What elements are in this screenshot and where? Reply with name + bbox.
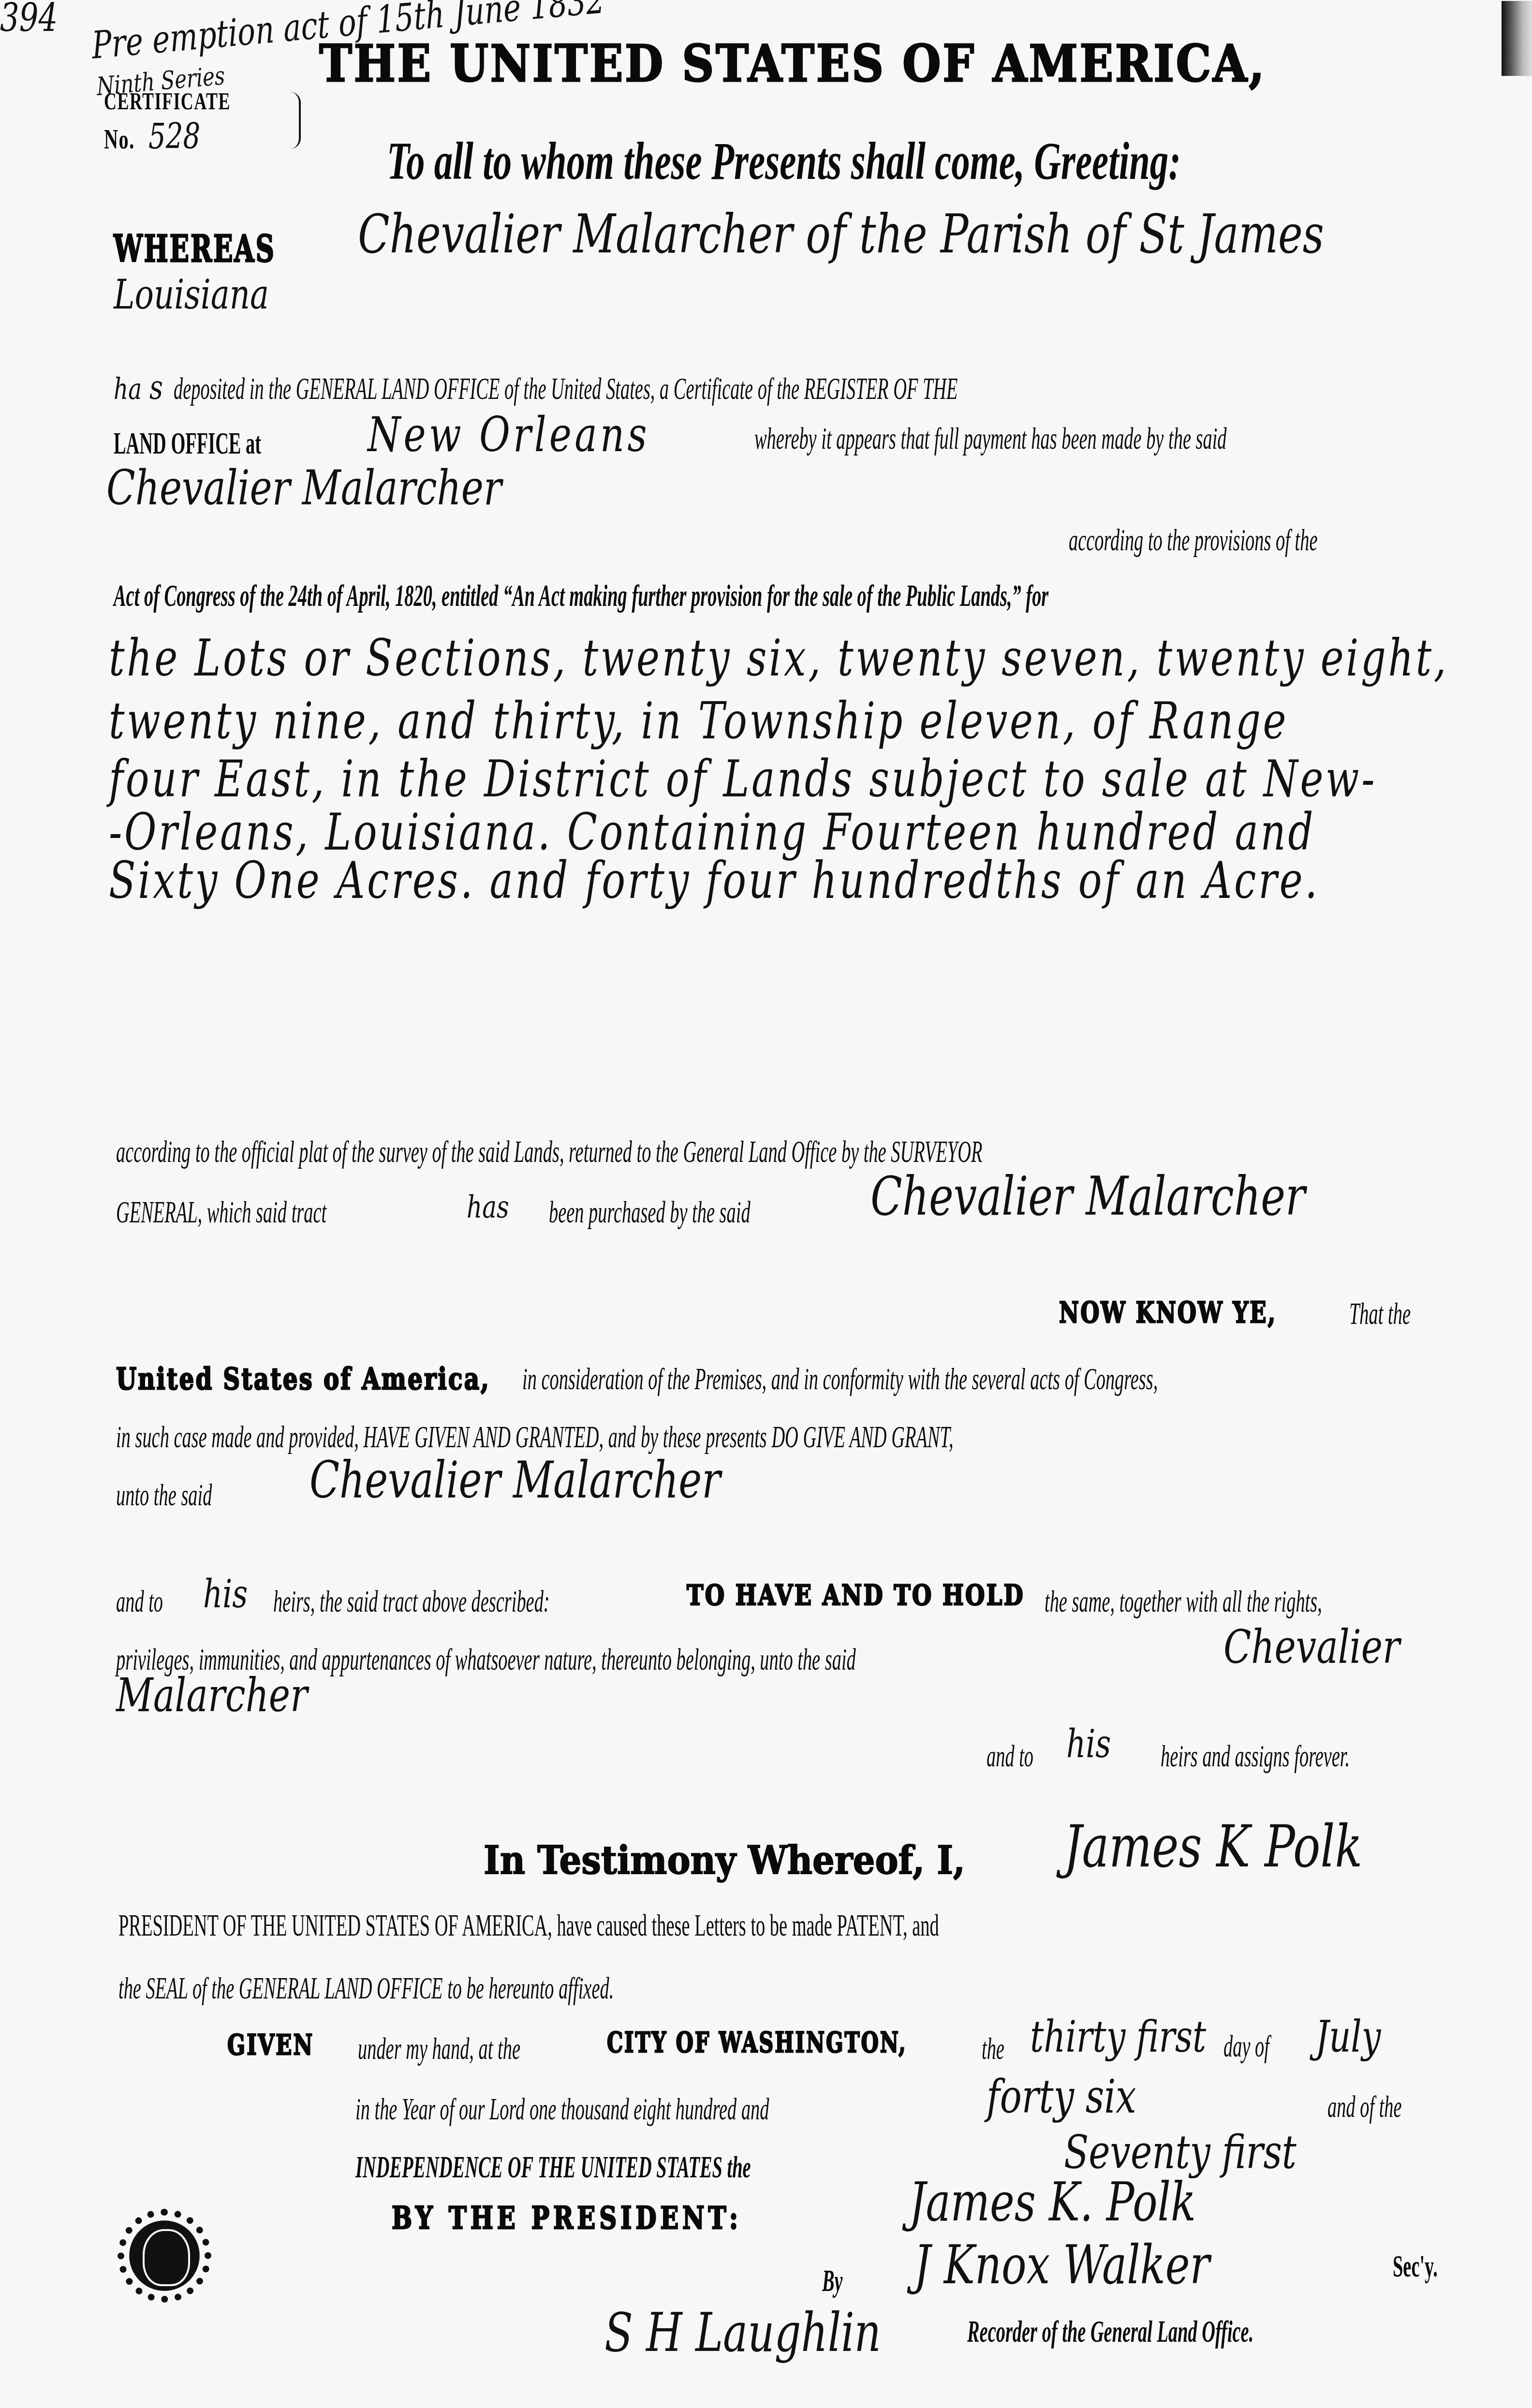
that-the: That the — [1349, 1296, 1411, 1332]
whereby-text: whereby it appears that full payment has… — [754, 421, 1227, 456]
grantee-name-line1: Chevalier Malarcher of the Parish of St … — [358, 203, 1324, 265]
has-prefix: ha — [114, 372, 142, 406]
month-value: July — [1315, 2012, 1381, 2062]
act-of-congress-text: Act of Congress of the 24th of April, 18… — [114, 578, 1048, 614]
recorder-title: Recorder of the General Land Office. — [967, 2314, 1253, 2349]
by-label: By — [822, 2263, 843, 2299]
testimony-line1: PRESIDENT OF THE UNITED STATES OF AMERIC… — [118, 1908, 939, 1943]
survey-has-suffix: s — [497, 1189, 509, 1225]
his-handwritten-2: his — [1066, 1721, 1111, 1766]
and-to-2: and to — [987, 1738, 1033, 1774]
independence-text: INDEPENDENCE OF THE UNITED STATES the — [355, 2149, 751, 2185]
been-purchased-text: been purchased by the said — [549, 1194, 751, 1230]
by-the-president: BY THE PRESIDENT: — [392, 2200, 742, 2236]
survey-line2: GENERAL, which said tract — [116, 1194, 467, 1230]
day-value: thirty first — [1030, 2012, 1206, 2062]
certificate-bracket — [290, 92, 301, 149]
grant-grantee-name: Chevalier Malarcher — [309, 1451, 721, 1510]
whereas-label: WHEREAS — [114, 227, 276, 270]
given-text: under my hand, at the — [358, 2031, 520, 2067]
heirs-text: heirs, the said tract above described: — [273, 1584, 550, 1619]
scan-edge-mark — [1502, 1, 1532, 76]
such-case-text: in such case made and provided, HAVE GIV… — [116, 1419, 954, 1455]
secretary-signature: J Knox Walker — [914, 2234, 1209, 2296]
now-know-ye: NOW KNOW YE, — [1059, 1296, 1277, 1330]
seal-emblem — [143, 2229, 190, 2286]
heirs-forever: heirs and assigns forever. — [1161, 1738, 1350, 1774]
his-handwritten: his — [203, 1571, 248, 1616]
survey-has-prefix: ha — [467, 1189, 497, 1225]
year-value: forty six — [987, 2070, 1136, 2124]
president-signature: James K. Polk — [909, 2171, 1196, 2233]
and-to: and to — [116, 1584, 163, 1619]
seal-icon — [123, 2215, 206, 2297]
grantee-name-line2: Louisiana — [114, 271, 269, 318]
certificate-no-label: No. — [104, 124, 135, 155]
year-prefix: in the Year of our Lord one thousand eig… — [355, 2091, 769, 2127]
document-title: THE UNITED STATES OF AMERICA, — [319, 34, 1266, 93]
testimony-president-name: James K Polk — [1064, 1813, 1362, 1880]
grantee-first-name: Chevalier — [1223, 1620, 1400, 1674]
provisions-text: according to the provisions of the — [1069, 522, 1317, 558]
survey-line1: according to the official plat of the su… — [116, 1134, 982, 1170]
description-line-2: twenty nine, and thirty, in Township ele… — [109, 691, 1288, 750]
now-know-ye-line: NOW KNOW YE, — [1059, 1296, 1349, 1330]
certificate-no-value: 528 — [148, 116, 200, 157]
given-the: the — [982, 2031, 1004, 2067]
given-line: GIVEN — [227, 2028, 343, 2061]
land-office-value: New Orleans — [368, 406, 650, 463]
greeting: To all to whom these Presents shall come… — [387, 131, 1181, 192]
unto-the-said: unto the said — [116, 1477, 212, 1513]
recorder-signature: S H Laughlin — [604, 2302, 881, 2364]
given-label: GIVEN — [227, 2028, 314, 2061]
purchaser-name: Chevalier Malarcher — [870, 1165, 1305, 1227]
certificate-number: No. 528 — [104, 116, 215, 157]
day-of: day of — [1223, 2028, 1269, 2064]
deposit-line1: has deposited in the GENERAL LAND OFFICE… — [114, 367, 1481, 407]
testimony-heading: In Testimony Whereof, I, — [484, 1837, 965, 1883]
usa-bold: United States of America, — [116, 1361, 490, 1396]
testimony-line2: the SEAL of the GENERAL LAND OFFICE to b… — [118, 1970, 614, 2006]
deposit-text: deposited in the GENERAL LAND OFFICE of … — [174, 371, 958, 407]
description-line-1: the Lots or Sections, twenty six, twenty… — [109, 629, 1448, 688]
description-line-3: four East, in the District of Lands subj… — [109, 749, 1377, 808]
description-line-5: Sixty One Acres. and forty four hundredt… — [109, 851, 1320, 910]
page-number: 394 — [0, 0, 58, 40]
certificate-label: CERTIFICATE — [104, 87, 231, 115]
secretary-title: Sec'y. — [1393, 2248, 1438, 2284]
general-which-said-tract: GENERAL, which said tract — [116, 1194, 326, 1230]
consideration-text: in consideration of the Premises, and in… — [522, 1361, 1158, 1397]
same-text: the same, together with all the rights, — [1045, 1584, 1322, 1619]
city-of-washington: CITY OF WASHINGTON, — [607, 2026, 907, 2059]
to-have-and-to-hold: TO HAVE AND TO HOLD — [687, 1579, 1025, 1612]
land-office-label: LAND OFFICE at — [114, 426, 261, 461]
survey-has: has — [467, 1189, 509, 1225]
grantee-last-name: Malarcher — [116, 1668, 308, 1722]
has-suffix: s — [149, 367, 163, 407]
and-of-the: and of the — [1327, 2089, 1402, 2125]
payer-name: Chevalier Malarcher — [106, 459, 501, 516]
